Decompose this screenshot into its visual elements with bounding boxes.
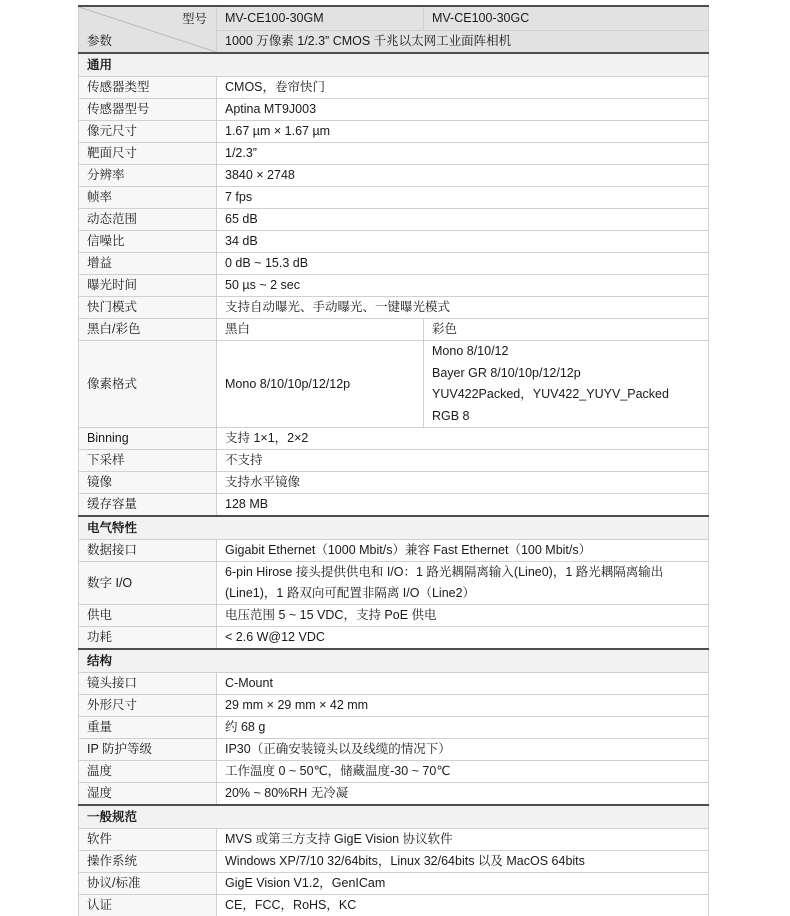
spec-row: 传感器类型CMOS，卷帘快门 bbox=[79, 77, 709, 99]
spec-row: 靶面尺寸1/2.3” bbox=[79, 143, 709, 165]
section-title: 一般规范 bbox=[79, 805, 709, 829]
spec-row: 软件MVS 或第三方支持 GigE Vision 协议软件 bbox=[79, 829, 709, 851]
row-label: 帧率 bbox=[79, 187, 217, 209]
row-value: 50 µs ~ 2 sec bbox=[217, 275, 709, 297]
row-value: 6-pin Hirose 接头提供供电和 I/O：1 路光耦隔离输入(Line0… bbox=[217, 562, 709, 605]
row-label: 认证 bbox=[79, 895, 217, 916]
row-value: 20% ~ 80%RH 无冷凝 bbox=[217, 783, 709, 806]
row-value: C-Mount bbox=[217, 673, 709, 695]
row-value: Aptina MT9J003 bbox=[217, 99, 709, 121]
value-line: Mono 8/10/12 bbox=[432, 341, 700, 363]
spec-row: 像素格式Mono 8/10/10p/12/12pMono 8/10/12Baye… bbox=[79, 341, 709, 428]
row-label: 操作系统 bbox=[79, 851, 217, 873]
row-label: 数据接口 bbox=[79, 540, 217, 562]
spec-row: 数据接口Gigabit Ethernet（1000 Mbit/s）兼容 Fast… bbox=[79, 540, 709, 562]
spec-row: 镜像支持水平镜像 bbox=[79, 472, 709, 494]
spec-row: 镜头接口C-Mount bbox=[79, 673, 709, 695]
row-label: 靶面尺寸 bbox=[79, 143, 217, 165]
row-value: 1/2.3” bbox=[217, 143, 709, 165]
row-label: 缓存容量 bbox=[79, 494, 217, 517]
row-value: 128 MB bbox=[217, 494, 709, 517]
spec-row: 湿度20% ~ 80%RH 无冷凝 bbox=[79, 783, 709, 806]
section-row-3: 一般规范 bbox=[79, 805, 709, 829]
row-value: CMOS，卷帘快门 bbox=[217, 77, 709, 99]
spec-row: 操作系统Windows XP/7/10 32/64bits，Linux 32/6… bbox=[79, 851, 709, 873]
row-label: 供电 bbox=[79, 605, 217, 627]
row-label: 曝光时间 bbox=[79, 275, 217, 297]
row-value: 不支持 bbox=[217, 450, 709, 472]
section-title: 电气特性 bbox=[79, 516, 709, 540]
spec-table-header: 型号 参数 MV-CE100-30GM MV-CE100-30GC 1000 万… bbox=[79, 6, 709, 53]
corner-cell: 型号 参数 bbox=[79, 6, 217, 53]
row-label: 重量 bbox=[79, 717, 217, 739]
row-label: 黑白/彩色 bbox=[79, 319, 217, 341]
spec-row: 协议/标准GigE Vision V1.2，GenICam bbox=[79, 873, 709, 895]
row-value-color: Mono 8/10/12Bayer GR 8/10/10p/12/12pYUV4… bbox=[424, 341, 709, 428]
row-value: 0 dB ~ 15.3 dB bbox=[217, 253, 709, 275]
row-value-mono: 黑白 bbox=[217, 319, 424, 341]
spec-row: 像元尺寸1.67 µm × 1.67 µm bbox=[79, 121, 709, 143]
spec-row: 功耗< 2.6 W@12 VDC bbox=[79, 627, 709, 650]
spec-table-body: 通用传感器类型CMOS，卷帘快门传感器型号Aptina MT9J003像元尺寸1… bbox=[79, 53, 709, 916]
section-row-1: 电气特性 bbox=[79, 516, 709, 540]
section-title: 结构 bbox=[79, 649, 709, 673]
row-value: 34 dB bbox=[217, 231, 709, 253]
row-value: 约 68 g bbox=[217, 717, 709, 739]
row-label: 快门模式 bbox=[79, 297, 217, 319]
row-label: 信噪比 bbox=[79, 231, 217, 253]
row-label: 外形尺寸 bbox=[79, 695, 217, 717]
row-value: 支持 1×1，2×2 bbox=[217, 428, 709, 450]
row-value: Windows XP/7/10 32/64bits，Linux 32/64bit… bbox=[217, 851, 709, 873]
spec-row: 黑白/彩色黑白彩色 bbox=[79, 319, 709, 341]
row-label: 镜头接口 bbox=[79, 673, 217, 695]
spec-row: 曝光时间50 µs ~ 2 sec bbox=[79, 275, 709, 297]
row-label: Binning bbox=[79, 428, 217, 450]
camera-spec-table: 型号 参数 MV-CE100-30GM MV-CE100-30GC 1000 万… bbox=[78, 5, 709, 916]
row-value: 3840 × 2748 bbox=[217, 165, 709, 187]
spec-row: 数字 I/O6-pin Hirose 接头提供供电和 I/O：1 路光耦隔离输入… bbox=[79, 562, 709, 605]
spec-row: 认证CE，FCC，RoHS，KC bbox=[79, 895, 709, 916]
row-label: 像素格式 bbox=[79, 341, 217, 428]
spec-row: 供电电压范围 5 ~ 15 VDC，支持 PoE 供电 bbox=[79, 605, 709, 627]
row-value: MVS 或第三方支持 GigE Vision 协议软件 bbox=[217, 829, 709, 851]
corner-model-label: 型号 bbox=[182, 9, 207, 29]
spec-sheet: 型号 参数 MV-CE100-30GM MV-CE100-30GC 1000 万… bbox=[78, 5, 708, 916]
row-label: 下采样 bbox=[79, 450, 217, 472]
row-value: IP30（正确安装镜头以及线缆的情况下） bbox=[217, 739, 709, 761]
row-value-color: 彩色 bbox=[424, 319, 709, 341]
row-label: 动态范围 bbox=[79, 209, 217, 231]
row-label: 软件 bbox=[79, 829, 217, 851]
row-value: 电压范围 5 ~ 15 VDC，支持 PoE 供电 bbox=[217, 605, 709, 627]
row-label: 分辨率 bbox=[79, 165, 217, 187]
value-line: YUV422Packed，YUV422_YUYV_Packed bbox=[432, 384, 700, 406]
camera-description: 1000 万像素 1/2.3” CMOS 千兆以太网工业面阵相机 bbox=[217, 31, 709, 54]
spec-row: 帧率7 fps bbox=[79, 187, 709, 209]
row-value: CE，FCC，RoHS，KC bbox=[217, 895, 709, 916]
row-label: 像元尺寸 bbox=[79, 121, 217, 143]
spec-row: 分辨率3840 × 2748 bbox=[79, 165, 709, 187]
spec-row: 传感器型号Aptina MT9J003 bbox=[79, 99, 709, 121]
spec-row: 增益0 dB ~ 15.3 dB bbox=[79, 253, 709, 275]
row-value: 65 dB bbox=[217, 209, 709, 231]
section-title: 通用 bbox=[79, 53, 709, 77]
spec-row: 重量约 68 g bbox=[79, 717, 709, 739]
row-value: 支持水平镜像 bbox=[217, 472, 709, 494]
row-value: 1.67 µm × 1.67 µm bbox=[217, 121, 709, 143]
spec-row: 动态范围65 dB bbox=[79, 209, 709, 231]
spec-row: Binning支持 1×1，2×2 bbox=[79, 428, 709, 450]
spec-row: 快门模式支持自动曝光、手动曝光、一键曝光模式 bbox=[79, 297, 709, 319]
row-label: 湿度 bbox=[79, 783, 217, 806]
row-label: 传感器类型 bbox=[79, 77, 217, 99]
row-label: 传感器型号 bbox=[79, 99, 217, 121]
row-label: 增益 bbox=[79, 253, 217, 275]
row-label: 数字 I/O bbox=[79, 562, 217, 605]
model-name-color: MV-CE100-30GC bbox=[424, 6, 709, 31]
corner-param-label: 参数 bbox=[87, 31, 112, 51]
section-row-2: 结构 bbox=[79, 649, 709, 673]
row-value-mono: Mono 8/10/10p/12/12p bbox=[217, 341, 424, 428]
row-value: Gigabit Ethernet（1000 Mbit/s）兼容 Fast Eth… bbox=[217, 540, 709, 562]
row-value: 29 mm × 29 mm × 42 mm bbox=[217, 695, 709, 717]
row-label: 协议/标准 bbox=[79, 873, 217, 895]
spec-row: 下采样不支持 bbox=[79, 450, 709, 472]
model-name-mono: MV-CE100-30GM bbox=[217, 6, 424, 31]
row-value: 7 fps bbox=[217, 187, 709, 209]
row-value: < 2.6 W@12 VDC bbox=[217, 627, 709, 650]
row-value: 支持自动曝光、手动曝光、一键曝光模式 bbox=[217, 297, 709, 319]
row-value: GigE Vision V1.2，GenICam bbox=[217, 873, 709, 895]
value-line: Bayer GR 8/10/10p/12/12p bbox=[432, 363, 700, 385]
row-label: 功耗 bbox=[79, 627, 217, 650]
spec-row: 信噪比34 dB bbox=[79, 231, 709, 253]
value-line: RGB 8 bbox=[432, 406, 700, 428]
spec-row: IP 防护等级IP30（正确安装镜头以及线缆的情况下） bbox=[79, 739, 709, 761]
model-header-row: 型号 参数 MV-CE100-30GM MV-CE100-30GC bbox=[79, 6, 709, 31]
section-row-0: 通用 bbox=[79, 53, 709, 77]
row-label: 镜像 bbox=[79, 472, 217, 494]
spec-row: 缓存容量128 MB bbox=[79, 494, 709, 517]
row-label: 温度 bbox=[79, 761, 217, 783]
spec-row: 外形尺寸29 mm × 29 mm × 42 mm bbox=[79, 695, 709, 717]
row-label: IP 防护等级 bbox=[79, 739, 217, 761]
row-value: 工作温度 0 ~ 50℃，储藏温度-30 ~ 70℃ bbox=[217, 761, 709, 783]
spec-row: 温度工作温度 0 ~ 50℃，储藏温度-30 ~ 70℃ bbox=[79, 761, 709, 783]
